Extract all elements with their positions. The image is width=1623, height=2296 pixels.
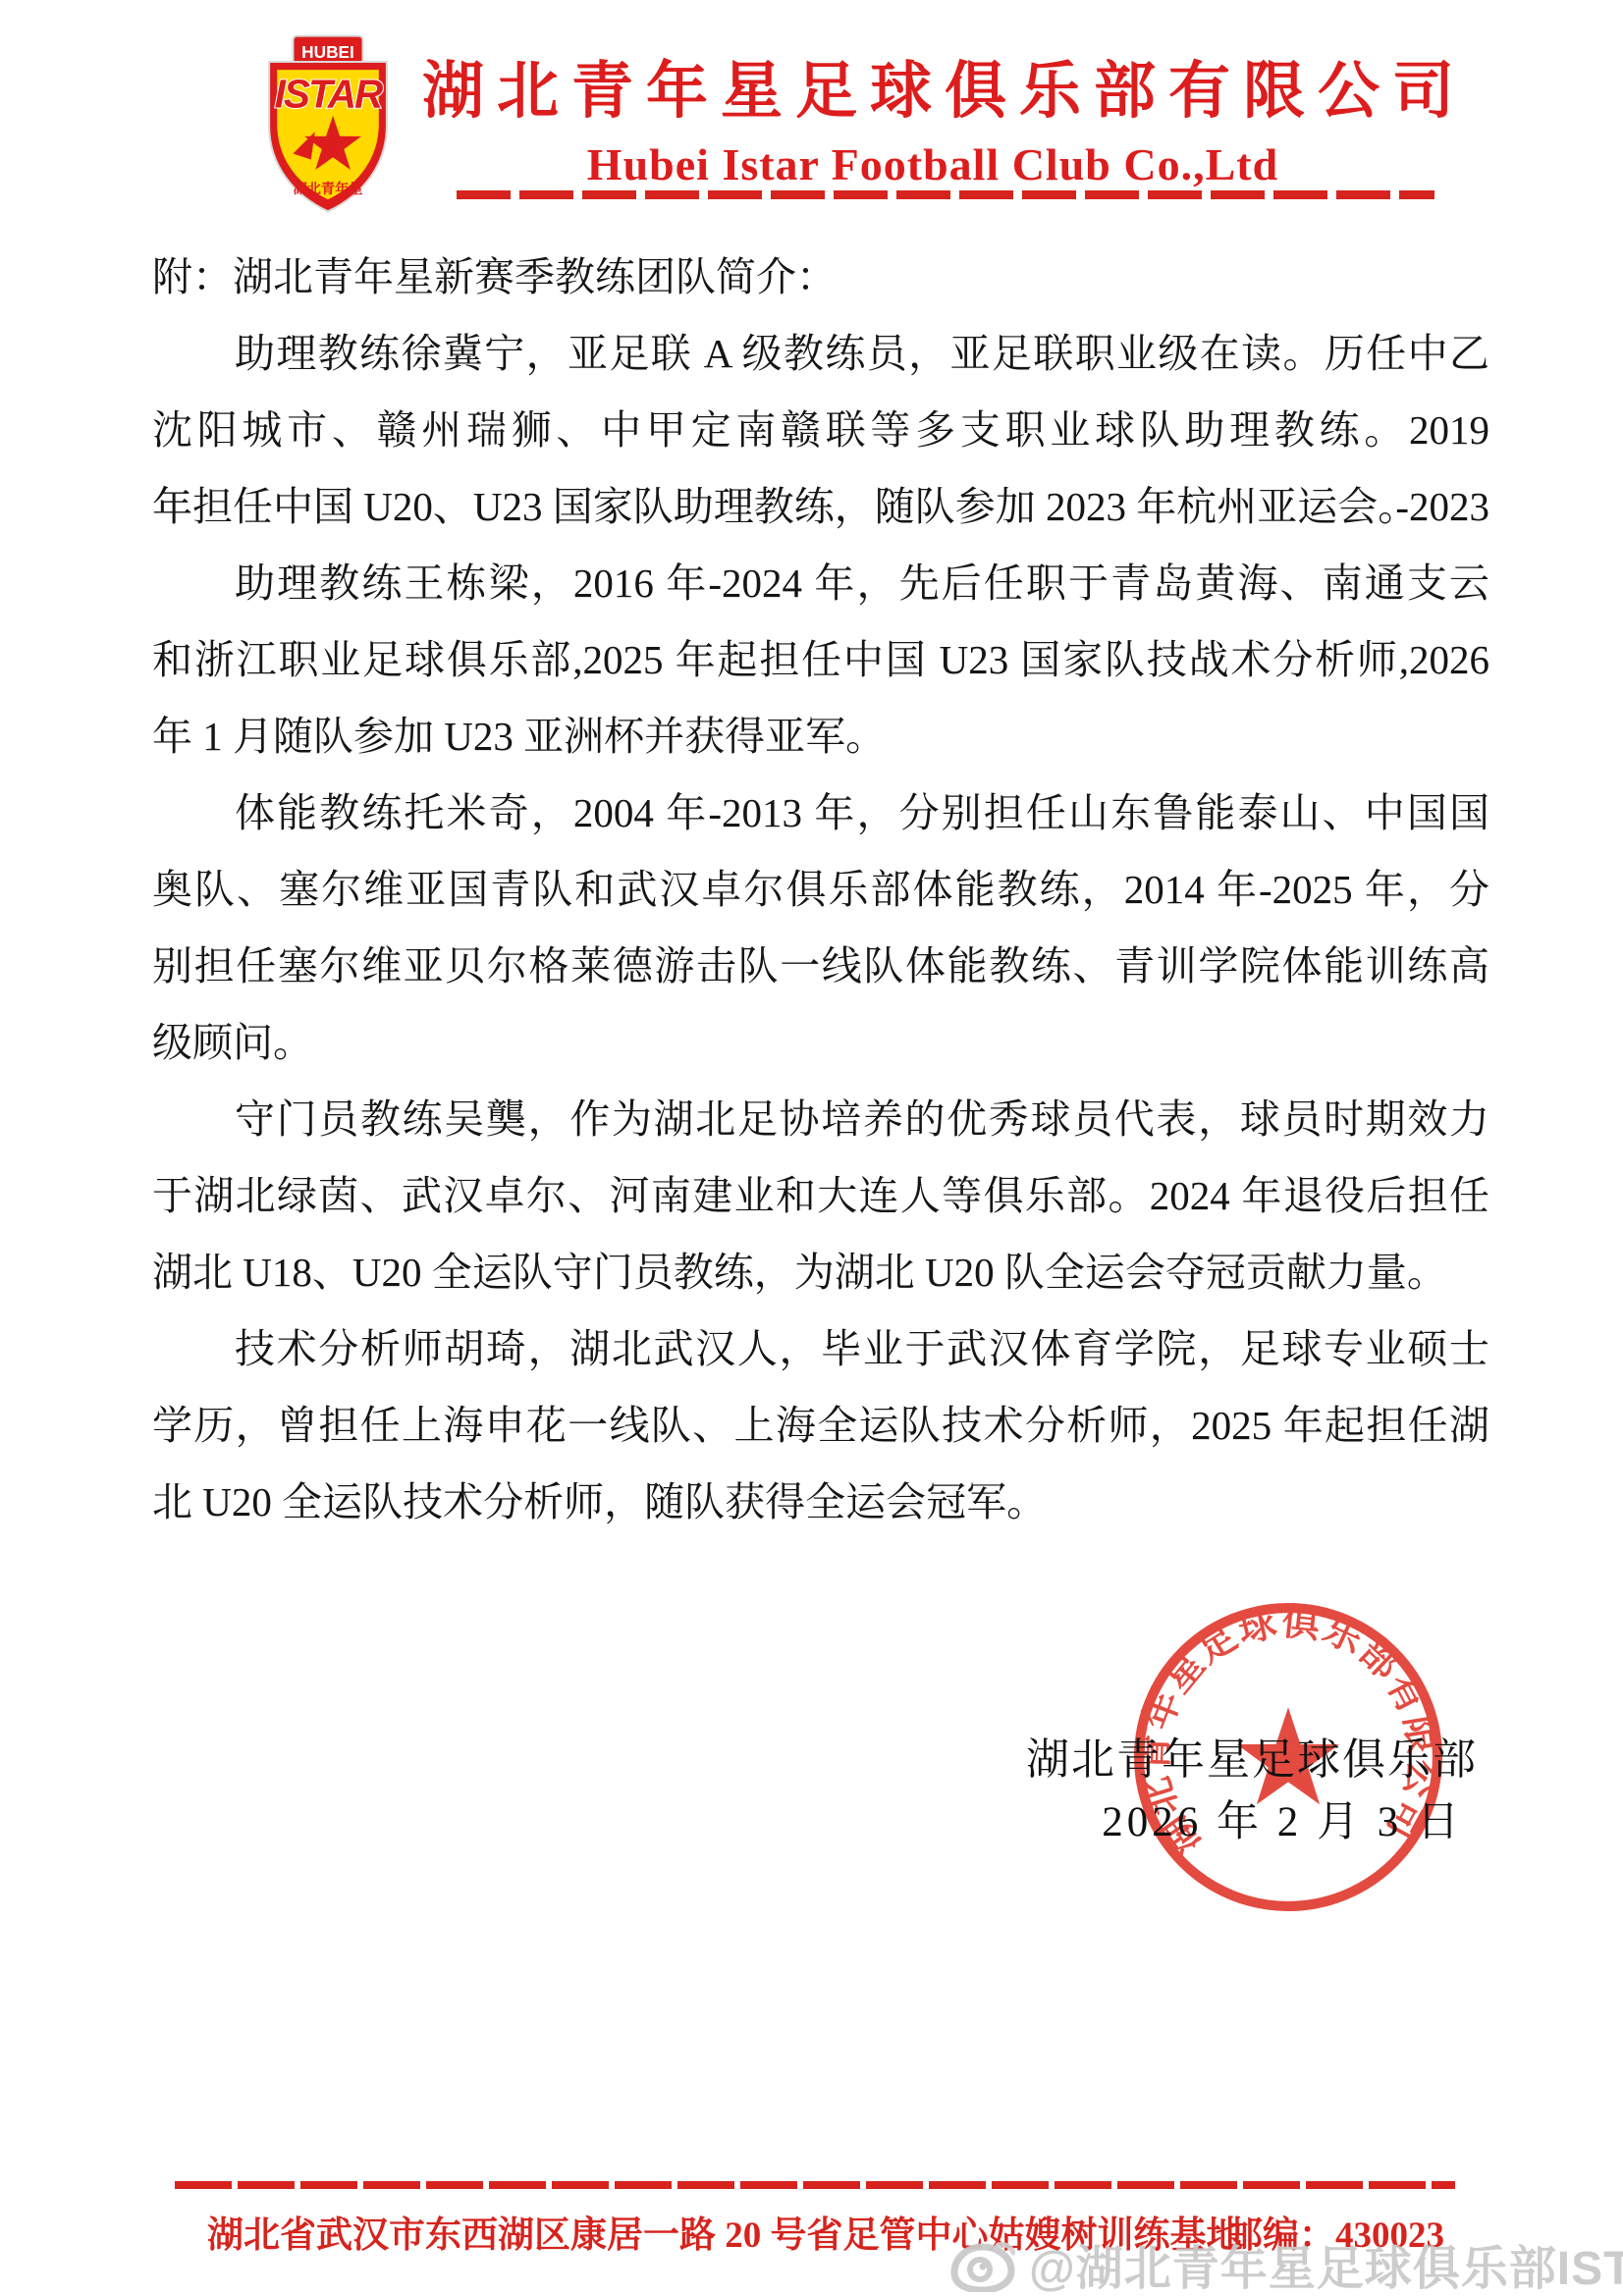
body-line: 技术分析师胡琦，湖北武汉人，毕业于武汉体育学院，足球专业硕士 — [152, 1310, 1489, 1387]
crest-top-label: HUBEI — [301, 42, 354, 62]
body-line: 奥队、塞尔维亚国青队和武汉卓尔俱乐部体能教练，2014 年-2025 年，分 — [152, 851, 1489, 928]
body-line: 体能教练托米奇，2004 年-2013 年，分别担任山东鲁能泰山、中国国 — [152, 774, 1489, 851]
body-line: 别担任塞尔维亚贝尔格莱德游击队一线队体能教练、青训学院体能训练高 — [152, 928, 1489, 1004]
body-line: 和浙江职业足球俱乐部,2025 年起担任中国 U23 国家队技战术分析师,202… — [152, 621, 1489, 698]
attachment-heading: 附：湖北青年星新赛季教练团队简介： — [152, 239, 1489, 315]
body-line: 年 1 月随队参加 U23 亚洲杯并获得亚军。 — [152, 698, 1489, 774]
weibo-icon — [950, 2237, 1015, 2292]
body-line: 湖北 U18、U20 全运队守门员教练，为湖北 U20 队全运会夺冠贡献力量。 — [152, 1234, 1489, 1310]
body-line: 助理教练徐冀宁，亚足联 A 级教练员，亚足联职业级在读。历任中乙 — [152, 315, 1489, 392]
weibo-watermark: @湖北青年星足球俱乐部ISTAR — [950, 2230, 1623, 2296]
watermark-text: @湖北青年星足球俱乐部ISTAR — [1029, 2230, 1623, 2296]
body-line: 守门员教练吴龑，作为湖北足协培养的优秀球员代表，球员时期效力 — [152, 1081, 1489, 1157]
body-line: 级顾问。 — [152, 1004, 1489, 1081]
body-line: 助理教练王栋梁，2016 年-2024 年，先后任职于青岛黄海、南通支云 — [152, 545, 1489, 621]
company-name-en: Hubei Istar Football Club Co.,Ltd — [422, 138, 1443, 190]
crest-bottom-label: 湖北青年星 — [293, 180, 362, 197]
signature-date: 2026 年 2 月 3 日 — [1102, 1789, 1463, 1848]
body-line: 北 U20 全运队技术分析师，随队获得全运会冠军。 — [152, 1464, 1489, 1540]
signature-company: 湖北青年星足球俱乐部 — [1026, 1724, 1478, 1787]
club-crest-logo: HUBEI ISTAR 湖北青年星 — [263, 33, 393, 214]
footer-divider — [175, 2181, 1455, 2189]
body-line: 学历，曾担任上海申花一线队、上海全运队技术分析师，2025 年起担任湖 — [152, 1387, 1489, 1464]
body-line: 年担任中国 U20、U23 国家队助理教练，随队参加 2023 年杭州亚运会。 — [152, 468, 1489, 545]
crest-wordmark: ISTAR — [275, 72, 384, 117]
letterhead: 湖北青年星足球俱乐部有限公司 Hubei Istar Football Club… — [422, 41, 1443, 190]
body-line: 沈阳城市、赣州瑞狮、中甲定南赣联等多支职业球队助理教练。2019 年-2023 — [152, 392, 1489, 468]
letter-page: HUBEI ISTAR 湖北青年星 湖北青年星足球俱乐部有限公司 Hubei I… — [0, 0, 1623, 2296]
header-divider — [457, 190, 1434, 199]
paragraph-list: 助理教练徐冀宁，亚足联 A 级教练员，亚足联职业级在读。历任中乙沈阳城市、赣州瑞… — [152, 315, 1489, 1540]
document-body: 附：湖北青年星新赛季教练团队简介： 助理教练徐冀宁，亚足联 A 级教练员，亚足联… — [152, 239, 1489, 1540]
company-name-cn: 湖北青年星足球俱乐部有限公司 — [422, 41, 1443, 131]
body-line: 于湖北绿茵、武汉卓尔、河南建业和大连人等俱乐部。2024 年退役后担任 — [152, 1157, 1489, 1234]
